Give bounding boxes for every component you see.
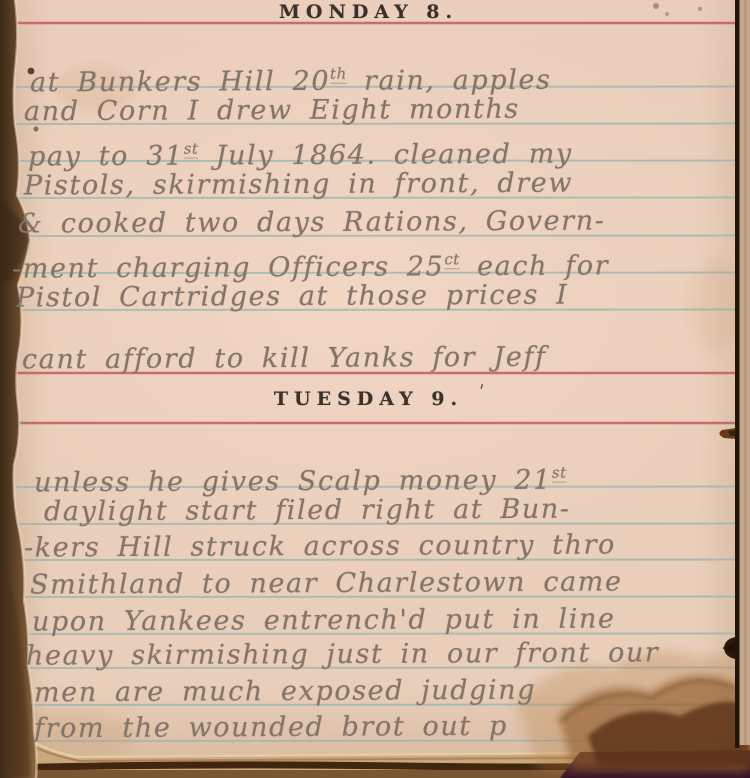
blue-rule-line bbox=[16, 198, 737, 199]
aging-stains bbox=[0, 3, 744, 762]
tuesday-header: TUESDAY 9. bbox=[0, 388, 737, 410]
right-page-edge bbox=[735, 0, 750, 748]
blue-rule-line bbox=[16, 524, 737, 525]
blue-rule-line bbox=[16, 124, 737, 125]
blue-rule-line bbox=[16, 310, 737, 311]
blue-rule-line bbox=[16, 273, 737, 274]
monday-header: MONDAY 8. bbox=[0, 1, 737, 23]
ruling-lines bbox=[12, 23, 737, 741]
blue-rule-line bbox=[16, 634, 737, 635]
ink-stain-bottom-right bbox=[515, 651, 750, 772]
blue-rule-line bbox=[16, 487, 737, 488]
blue-rule-line bbox=[16, 236, 737, 237]
blue-rule-line bbox=[16, 597, 737, 598]
blue-rule-line bbox=[16, 560, 737, 561]
blue-rule-line bbox=[16, 161, 737, 162]
diary-page-photo: MONDAY 8. TUESDAY 9. ' at Bunkers Hill 2… bbox=[0, 0, 750, 778]
